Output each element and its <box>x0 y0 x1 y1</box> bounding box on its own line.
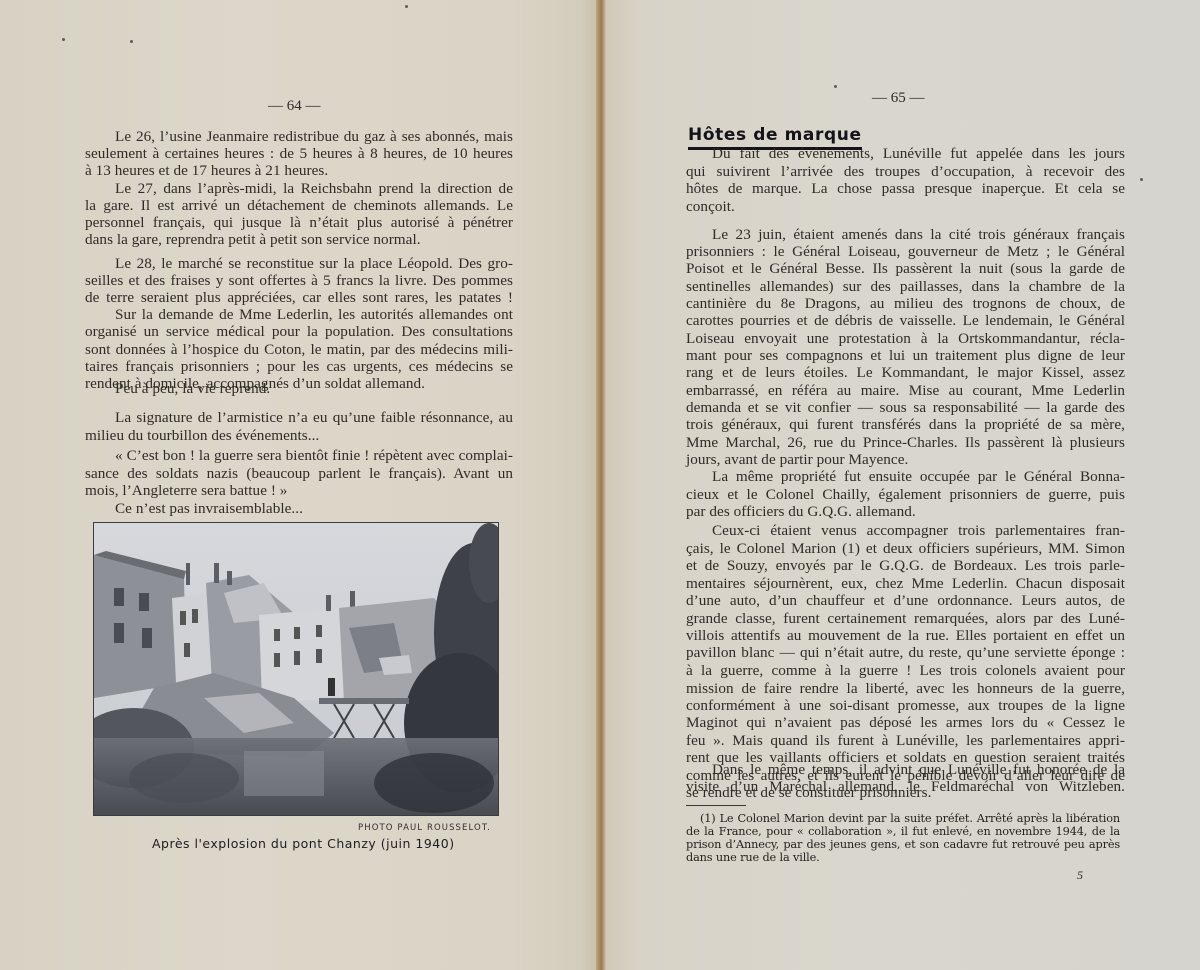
text-line: prisonniers : le Général Loiseau, gouver… <box>686 243 1125 261</box>
text-line: personnel français, qui jusque là n’étai… <box>85 214 513 232</box>
page-number-left: — 64 — <box>268 98 321 115</box>
paper-speck <box>130 40 133 43</box>
text-line: Loiseau envoyait une protestation à la O… <box>686 330 1125 348</box>
text-line: Le 23 juin, étaient amenés dans la cité … <box>712 226 1125 244</box>
photo-caption: Après l'explosion du pont Chanzy (juin 1… <box>152 836 455 851</box>
text-line: visite d’un Maréchal allemand, le Feldma… <box>686 778 1125 796</box>
text-line: embarrassé, en référa au maire. Mise au … <box>686 382 1125 400</box>
text-line: mois, l’Angleterre sera battue ! » <box>85 482 287 500</box>
text-line: organisé un service médical pour la popu… <box>85 323 513 341</box>
text-line: de terre seraient plus appréciées, car e… <box>85 289 513 307</box>
text-line: Sur la demande de Mme Lederlin, les auto… <box>115 306 513 324</box>
paper-speck <box>834 85 837 88</box>
photo-image <box>94 523 498 815</box>
text-line: demanda et se vit confier — sous sa resp… <box>686 399 1125 417</box>
text-line: Du fait des événements, Lunéville fut ap… <box>712 145 1125 163</box>
text-line: mant pour ses compagnons et lui un trait… <box>686 347 1125 365</box>
text-line: taires français prisonniers ; pour les c… <box>85 358 513 376</box>
text-line: dans la gare, reprendra petit à petit so… <box>85 231 421 249</box>
text-line: la gare. Il est arrivé un détachement de… <box>85 197 513 215</box>
text-line: mentaires séjournèrent, eux, chez Mme Le… <box>686 575 1125 593</box>
text-line: Maginot qui n’avaient pas déposé les arm… <box>686 714 1125 732</box>
text-line: Le 27, dans l’après-midi, la Reichsbahn … <box>115 180 513 198</box>
text-line: dans une rue de la ville. <box>686 851 820 864</box>
text-line: (1) Le Colonel Marion devint par la suit… <box>700 812 1120 825</box>
footnote-rule <box>686 805 746 806</box>
text-line: Le 28, le marché se reconstitue sur la p… <box>115 255 513 273</box>
text-line: cantinière du 8e Dragons, au milieu des … <box>686 295 1125 313</box>
text-line: Mme Marchal, 26, rue du Prince-Charles. … <box>686 434 1125 452</box>
text-line: conçoit. <box>686 198 735 216</box>
text-line: à la guerre, comme à la guerre ! Les tro… <box>686 662 1125 680</box>
paper-speck <box>405 5 408 8</box>
text-line: seilles et des fraises y sont offertes à… <box>85 272 513 290</box>
text-line: sont données à l’hospice du Coton, le ma… <box>85 341 513 359</box>
text-line: La signature de l’armistice n’a eu qu’un… <box>115 409 513 427</box>
text-line: mission de faire rendre la liberté, avec… <box>686 680 1125 698</box>
text-line: à 13 heures et de 17 heures à 21 heures. <box>85 162 328 180</box>
text-line: cieux et le Colonel Chailly, également p… <box>686 486 1125 504</box>
text-line: carottes pourries et de débris de vaisse… <box>686 312 1125 330</box>
paper-speck <box>62 38 65 41</box>
text-line: Le 26, l’usine Jeanmaire redistribue du … <box>115 128 513 146</box>
text-line: jours, avant de partir pour Mayence. <box>686 451 908 469</box>
text-line: milieu du tourbillon des événements... <box>85 427 319 445</box>
text-line: trois généraux, qui furent transférés da… <box>686 416 1125 434</box>
signature-mark: 5 <box>1077 868 1083 883</box>
text-line: rang et de leurs étoiles. Le Kommandant,… <box>686 364 1125 382</box>
page-number-right: — 65 — <box>872 90 925 107</box>
text-line: çais, le Colonel Marion (1) et deux offi… <box>686 540 1125 558</box>
text-line: et de Souzy, envoyés par le G.Q.G. de Bo… <box>686 557 1125 575</box>
text-line: La même propriété fut ensuite occupée pa… <box>712 468 1125 486</box>
text-line: d’une auto, d’un chauffeur et d’une ordo… <box>686 592 1125 610</box>
text-line: qui suivirent l’arrivée des troupes d’oc… <box>686 163 1125 181</box>
text-line: Peu à peu, la vie reprend. <box>115 380 270 398</box>
book-spine <box>596 0 606 970</box>
text-line: sentinelles allemandes) sur des paillass… <box>686 278 1125 296</box>
text-line: Ce n’est pas invraisemblable... <box>115 500 303 518</box>
photo-ruined-buildings <box>93 522 499 816</box>
text-line: Ceux-ci étaient venus accompagner trois … <box>712 522 1125 540</box>
text-line: seulement à certaines heures : de 5 heur… <box>85 145 513 163</box>
text-line: Poisot et le Général Besse. Ils passèren… <box>686 260 1125 278</box>
paper-speck <box>1100 390 1103 393</box>
paper-speck <box>1140 178 1143 181</box>
text-line: conformément à une soi-disant promesse, … <box>686 697 1125 715</box>
photo-credit: PHOTO PAUL ROUSSELOT. <box>358 823 491 833</box>
text-line: hôtes de marque. La chose passa presque … <box>686 180 1125 198</box>
text-line: par des officiers du G.Q.G. allemand. <box>686 503 916 521</box>
text-line: « C’est bon ! la guerre sera bientôt fin… <box>115 447 513 465</box>
text-line: de la France, pour « collaboration », il… <box>686 825 1120 838</box>
text-line: sance des soldats nazis (beaucoup parlen… <box>85 465 513 483</box>
text-line: pavillon blanc — qui n’était autre, du r… <box>686 644 1125 662</box>
text-line: Dans le même temps, il advint que Lunévi… <box>712 761 1125 779</box>
text-line: prison d’Annecy, par des jeunes gens, et… <box>686 838 1120 851</box>
text-line: villois attentifs au mouvement de la rue… <box>686 627 1125 645</box>
text-line: feu ». Mais quand ils furent à Lunéville… <box>686 732 1125 750</box>
text-line: grande classe, furent certainement remar… <box>686 610 1125 628</box>
